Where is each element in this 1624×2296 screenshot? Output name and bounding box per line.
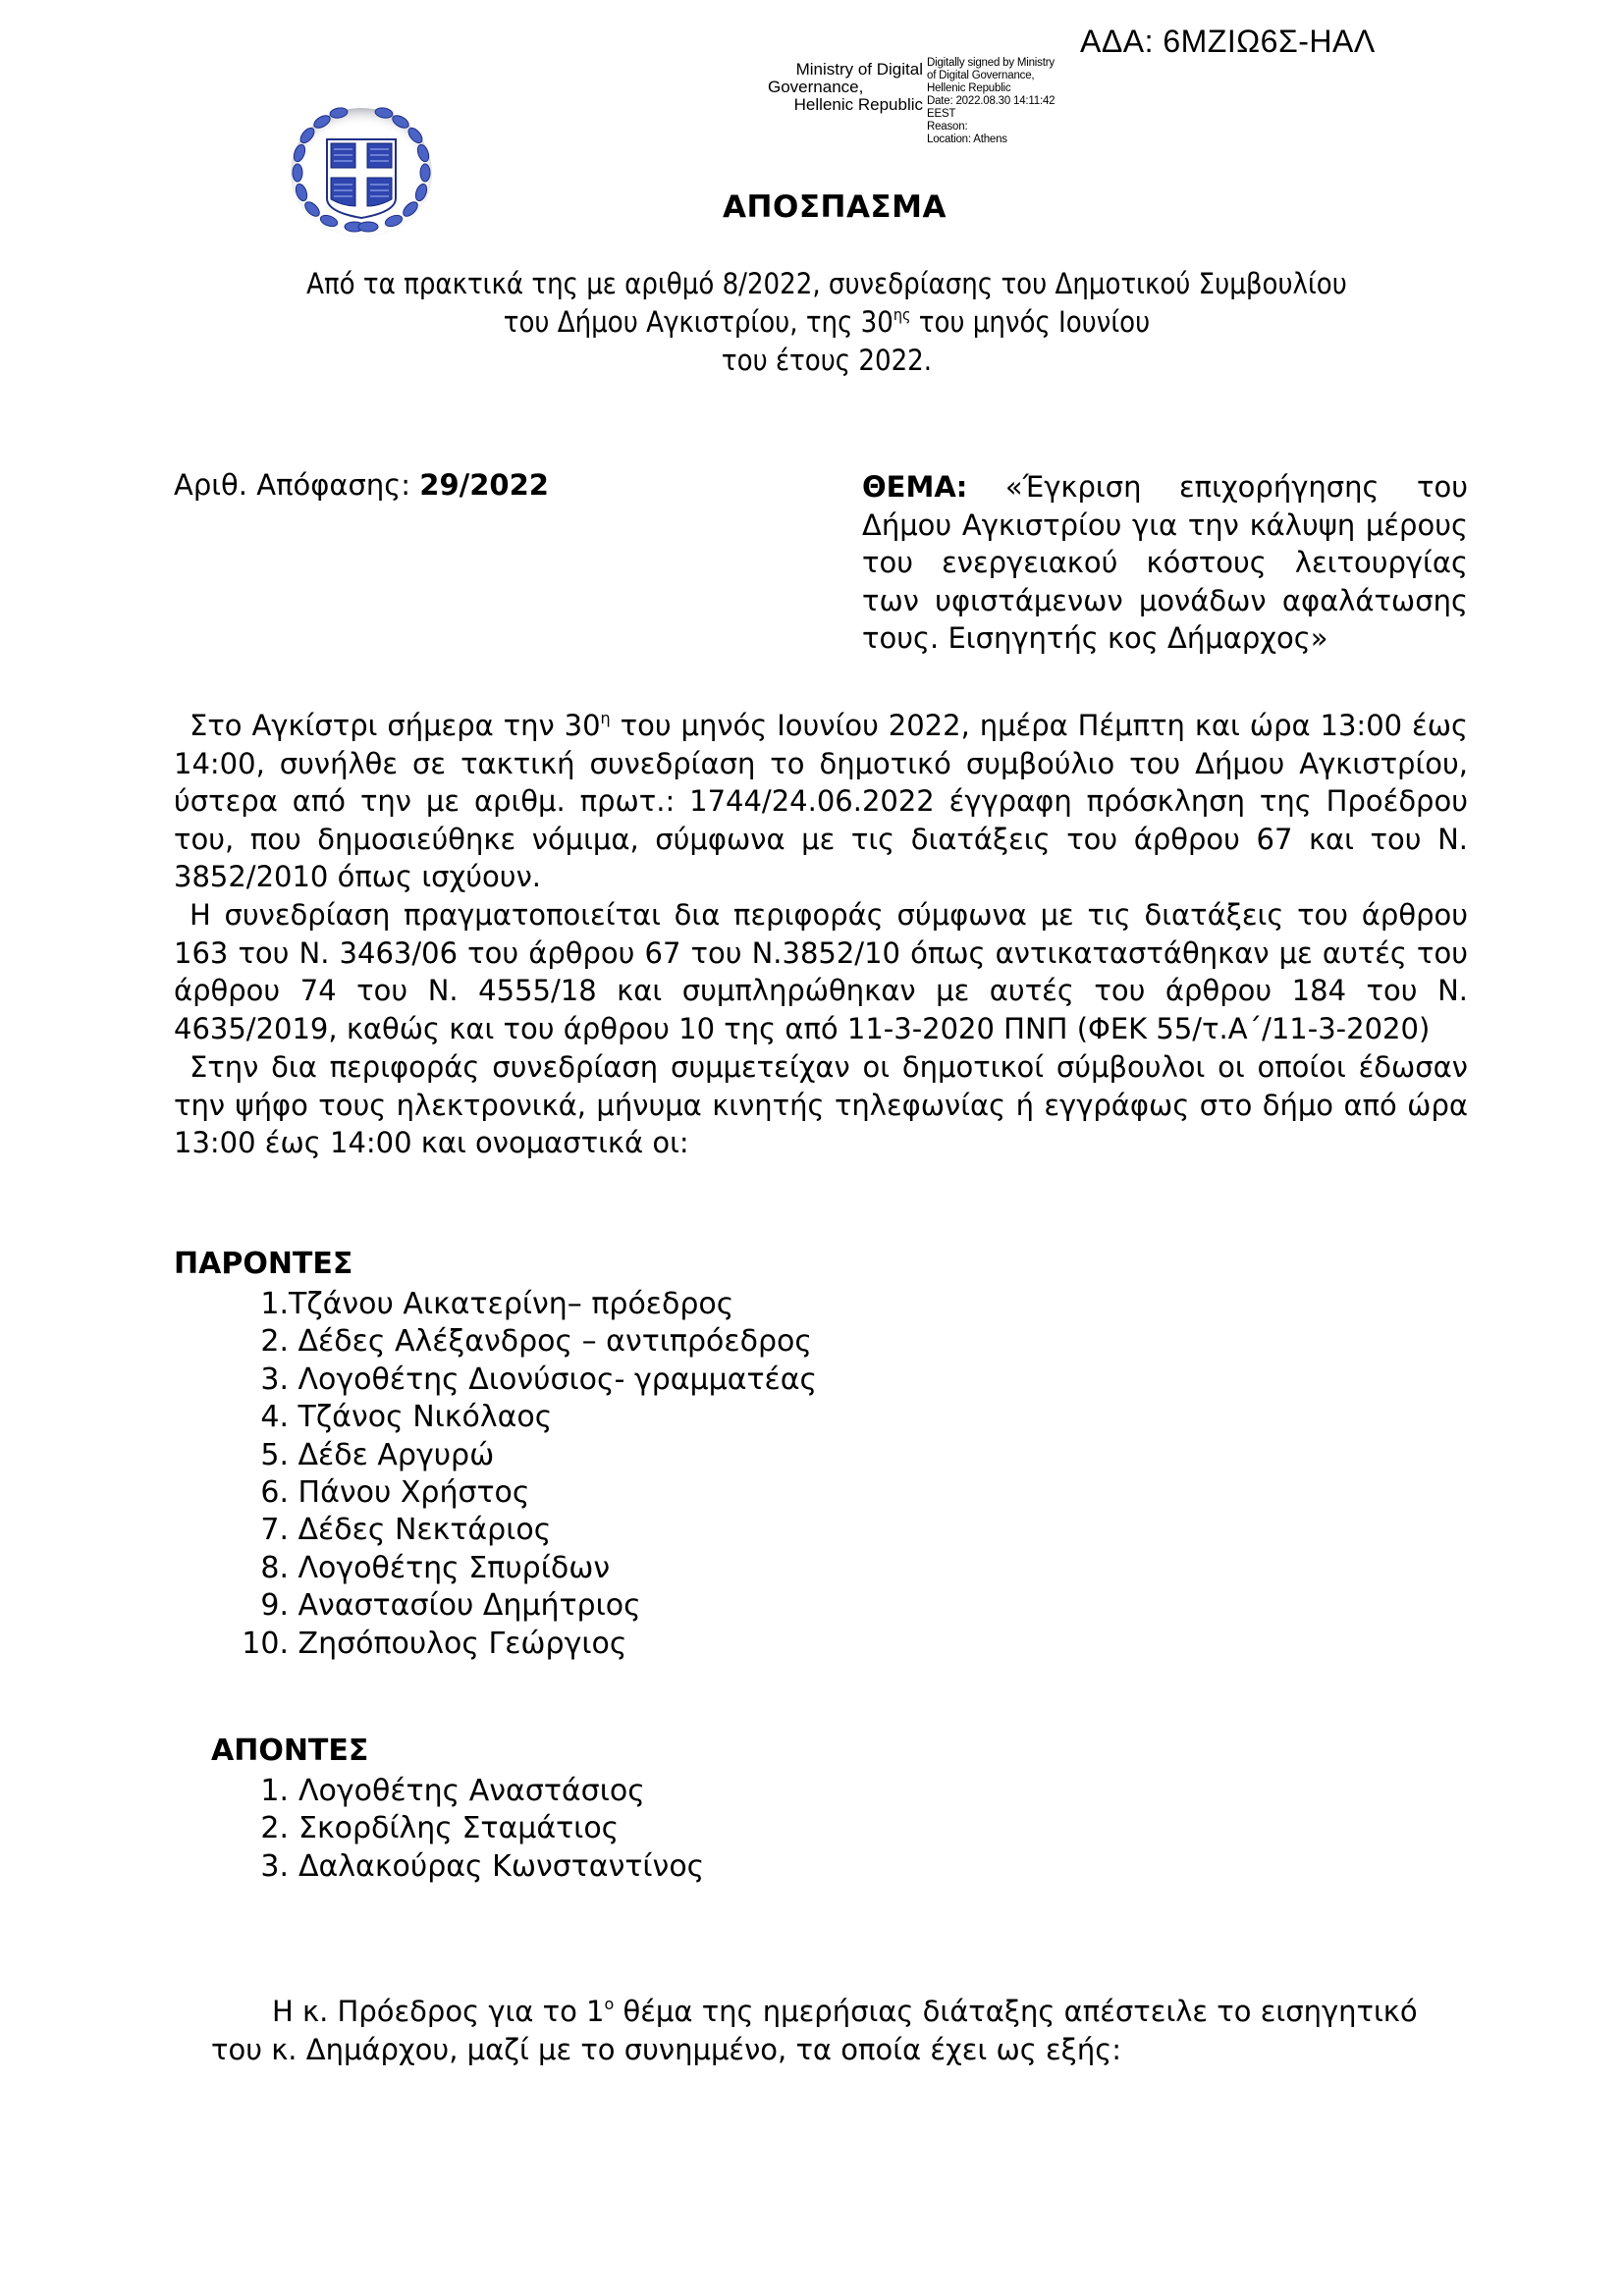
intro-line-text: του μηνός Ιουνίου [910,305,1150,339]
signature-org-line: Hellenic Republic [766,96,923,114]
paragraph-text: Στην δια περιφοράς συνεδρίαση συμμετείχα… [174,1050,1468,1159]
closing-paragraph: Η κ. Πρόεδρος για το 1ο θέμα της ημερήσι… [211,1993,1468,2069]
signature-detail-line: Hellenic Republic [927,82,1123,95]
item-number: 8. [236,1550,289,1587]
list-item: 3.Δαλακούρας Κωνσταντίνος [236,1848,704,1886]
paragraph-meeting-info: Στο Αγκίστρι σήμερα την 30η του μηνός Ιο… [174,707,1468,896]
member-name: Δέδες Νεκτάριος [289,1513,551,1547]
paragraph-text: Η συνεδρίαση πραγματοποιείται δια περιφο… [174,898,1468,1045]
decision-number: Αριθ. Απόφασης: 29/2022 [174,468,549,502]
item-number: 1. [236,1286,289,1323]
signature-detail-line: Location: Athens [927,133,1123,146]
paragraph-participation: Στην δια περιφοράς συνεδρίαση συμμετείχα… [174,1048,1468,1162]
list-item: 4. Τζάνος Νικόλαος [236,1399,817,1436]
item-number: 3. [236,1362,289,1399]
intro-line: του Δήμου Αγκιστρίου, της 30ης του μηνός… [0,303,1624,341]
item-number: 2. [236,1810,289,1847]
signature-detail-line: EEST [927,108,1123,121]
paragraph-text: Στο Αγκίστρι σήμερα την 30 [189,709,601,742]
signature-organization: Ministry of Digital Governance, Hellenic… [766,61,923,114]
list-item: 1.Λογοθέτης Αναστάσιος [236,1773,704,1810]
member-name: Δέδες Αλέξανδρος – αντιπρόεδρος [289,1324,812,1359]
item-number: 10. [236,1626,289,1663]
paragraph-legal-basis: Η συνεδρίαση πραγματοποιείται δια περιφο… [174,896,1468,1047]
member-name: Λογοθέτης Διονύσιος- γραμματέας [289,1362,817,1397]
signature-detail-line: Digitally signed by Ministry [927,57,1123,70]
ada-code: ΑΔΑ: 6ΜΖΙΩ6Σ-ΗΑΛ [1080,24,1376,60]
intro-line: του έτους 2022. [0,342,1624,379]
list-item: 5. Δέδε Αργυρώ [236,1437,817,1474]
item-number: 7. [236,1512,289,1549]
signature-org-line: Governance, [766,79,923,96]
present-heading: ΠΑΡΟΝΤΕΣ [174,1247,352,1281]
list-item: 10. Ζησόπουλος Γεώργιος [236,1626,817,1663]
list-item: 9. Αναστασίου Δημήτριος [236,1587,817,1625]
signature-org-line: Ministry of Digital [766,61,923,79]
member-name: Αναστασίου Δημήτριος [289,1588,641,1623]
member-name: Δέδε Αργυρώ [289,1438,494,1472]
member-name: Λογοθέτης Σπυρίδων [289,1551,610,1585]
list-item: 3. Λογοθέτης Διονύσιος- γραμματέας [236,1362,817,1399]
subject-label: ΘΕΜΑ: [862,470,967,504]
signature-detail-line: of Digital Governance, [927,70,1123,82]
item-number: 6. [236,1474,289,1512]
member-name: Πάνου Χρήστος [289,1475,530,1510]
item-number: 3. [236,1848,289,1886]
item-number: 5. [236,1437,289,1474]
ordinal-suffix: ο [605,1995,615,2013]
list-item: 6. Πάνου Χρήστος [236,1474,817,1512]
item-number: 2. [236,1323,289,1361]
decision-label: Αριθ. Απόφασης: [174,468,419,502]
intro-line: Από τα πρακτικά της με αριθμό 8/2022, συ… [0,265,1624,302]
signature-detail-line: Date: 2022.08.30 14:11:42 [927,95,1123,108]
item-number: 9. [236,1587,289,1625]
signature-details: Digitally signed by Ministry of Digital … [927,57,1123,146]
list-item: 1.Τζάνου Αικατερίνη– πρόεδρος [236,1286,817,1323]
list-item: 8. Λογοθέτης Σπυρίδων [236,1550,817,1587]
present-members-list: 1.Τζάνου Αικατερίνη– πρόεδρος 2. Δέδες Α… [236,1286,817,1663]
ordinal-suffix: η [601,709,611,727]
ordinal-suffix: ης [893,305,911,324]
decision-value: 29/2022 [419,468,549,502]
list-item: 7. Δέδες Νεκτάριος [236,1512,817,1549]
signature-detail-line: Reason: [927,121,1123,133]
item-number: 4. [236,1399,289,1436]
subject-block: ΘΕΜΑ: «Έγκριση επιχορήγησης του Δήμου Αγ… [862,468,1468,658]
member-name: Δαλακούρας Κωνσταντίνος [298,1849,704,1884]
item-number: 1. [236,1773,289,1810]
absent-heading: ΑΠΟΝΤΕΣ [211,1734,368,1768]
intro-line-text: του Δήμου Αγκιστρίου, της 30 [504,305,893,339]
member-name: Ζησόπουλος Γεώργιος [289,1627,626,1661]
absent-members-list: 1.Λογοθέτης Αναστάσιος 2.Σκορδίλης Σταμά… [236,1773,704,1886]
member-name: Σκορδίλης Σταμάτιος [298,1811,619,1845]
list-item: 2.Σκορδίλης Σταμάτιος [236,1810,704,1847]
document-title: ΑΠΟΣΠΑΣΜΑ [0,189,1624,225]
list-item: 2. Δέδες Αλέξανδρος – αντιπρόεδρος [236,1323,817,1361]
member-name: Τζάνου Αικατερίνη– πρόεδρος [289,1287,733,1321]
member-name: Τζάνος Νικόλαος [289,1400,552,1434]
paragraph-text: Η κ. Πρόεδρος για το 1 [272,1995,605,2028]
member-name: Λογοθέτης Αναστάσιος [298,1774,645,1808]
